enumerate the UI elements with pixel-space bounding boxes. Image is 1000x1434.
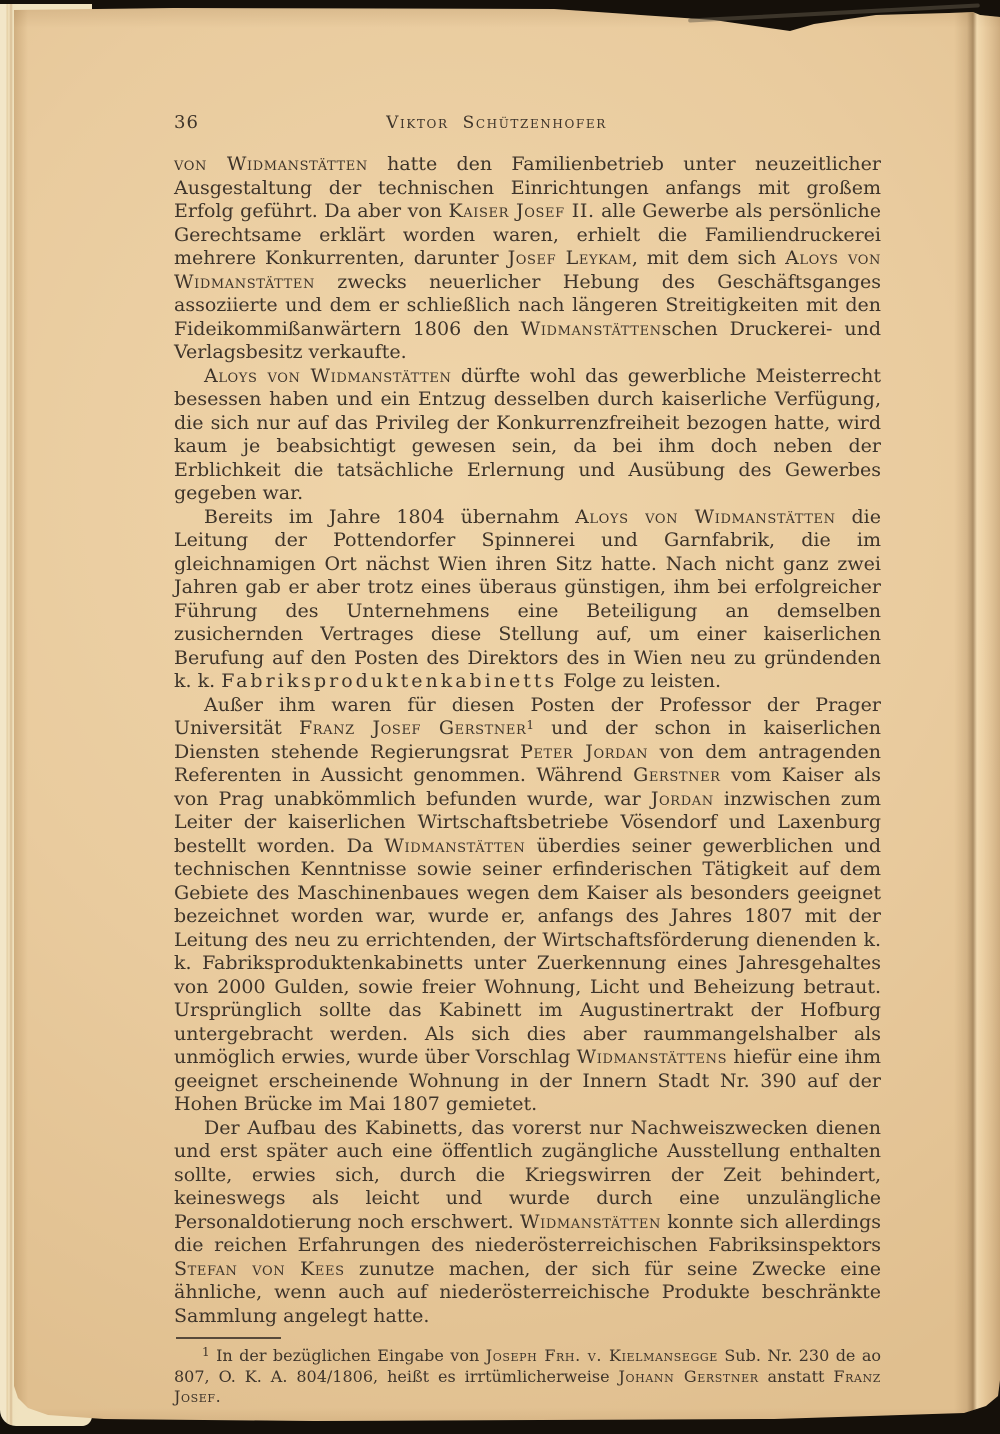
footnote-paragraph: 1 In der bezüglichen Eingabe von Joseph … [174, 1346, 881, 1408]
paragraph: Bereits im Jahre 1804 übernahm Aloys von… [174, 506, 881, 694]
paragraph: Außer ihm waren für diesen Posten der Pr… [174, 694, 881, 1117]
page-gutter-crease [954, 0, 1000, 1434]
footnote-text: 1 In der bezüglichen Eingabe von Joseph … [174, 1346, 881, 1408]
running-header: Viktor Schützenhofer [174, 113, 819, 133]
paragraph: von Widmanstätten hatte den Familienbetr… [174, 153, 881, 365]
body-text: von Widmanstätten hatte den Familienbetr… [174, 153, 881, 1408]
book-page: 36 Viktor Schützenhofer von Widmanstätte… [14, 0, 1000, 1434]
page-header: 36 Viktor Schützenhofer [174, 112, 881, 136]
paragraph: Der Aufbau des Kabinetts, das vorerst nu… [174, 1117, 881, 1329]
scanned-book-page: 36 Viktor Schützenhofer von Widmanstätte… [0, 0, 1000, 1434]
paragraph: Aloys von Widmanstätten dürfte wohl das … [174, 365, 881, 506]
paragraphs: von Widmanstätten hatte den Familienbetr… [174, 153, 881, 1328]
footnote-rule [176, 1337, 281, 1339]
